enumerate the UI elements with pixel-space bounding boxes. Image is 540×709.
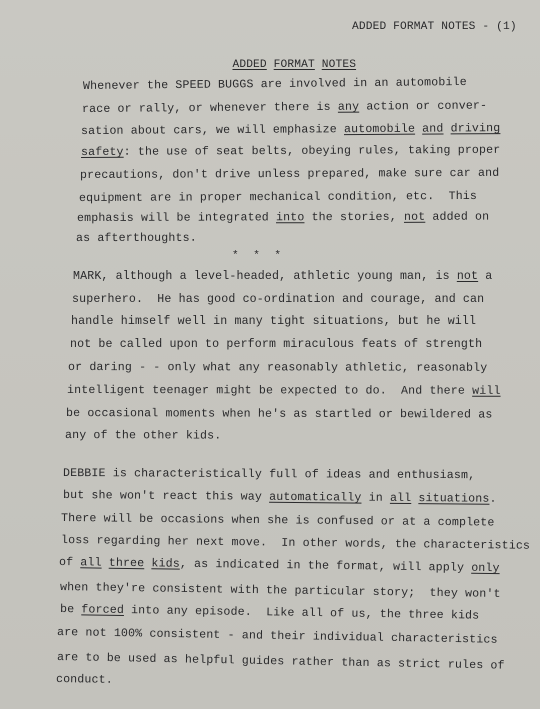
text-run: emphasis will be integrated <box>77 211 276 225</box>
text-run: Whenever the SPEED BUGGS are involved in… <box>83 76 467 93</box>
text-line: Whenever the SPEED BUGGS are involved in… <box>83 76 467 94</box>
text-run: the stories, <box>304 211 404 224</box>
text-run: as afterthoughts. <box>76 232 197 245</box>
text-run: but she won't react this way <box>63 489 269 504</box>
text-line: are to be used as helpful guides rather … <box>57 651 505 674</box>
text-run: be occasional moments when he's as start… <box>66 407 492 421</box>
text-run: precautions, don't drive unless prepared… <box>80 167 499 182</box>
text-run: : the use of seat belts, obeying rules, … <box>124 144 501 159</box>
text-line: safety: the use of seat belts, obeying r… <box>81 144 500 160</box>
title-word: FORMAT <box>274 59 315 71</box>
text-run <box>443 122 450 135</box>
text-line: race or rally, or whenever there is any … <box>82 99 487 117</box>
title-word: ADDED <box>232 59 266 71</box>
text-run: loss regarding her next move. In other w… <box>61 534 530 553</box>
text-line: emphasis will be integrated into the sto… <box>77 211 489 226</box>
text-run: when they're consistent with the particu… <box>60 581 501 601</box>
text-line: or daring - - only what any reasonably a… <box>68 361 487 376</box>
title-word: NOTES <box>322 59 356 71</box>
text-line: are not 100% consistent - and their indi… <box>57 626 498 648</box>
underlined-word: all <box>390 492 411 505</box>
text-run: in <box>361 492 390 505</box>
text-line: be forced into any episode. Like all of … <box>60 603 480 624</box>
text-run: be <box>60 603 82 616</box>
text-line: of all three kids, as indicated in the f… <box>59 556 500 576</box>
underlined-word: only <box>471 562 500 575</box>
text-run: . <box>489 493 496 506</box>
text-run: , as indicated in the format, will apply <box>180 558 472 575</box>
underlined-word: automatically <box>269 491 362 505</box>
underlined-word: forced <box>81 603 124 617</box>
text-line: handle himself well in many tight situat… <box>71 315 476 329</box>
underlined-word: into <box>276 211 304 224</box>
text-run: not be called upon to perform miraculous… <box>70 338 482 351</box>
typewritten-page: ADDED FORMAT NOTES - (1) ADDED FORMAT NO… <box>0 0 540 709</box>
text-line: as afterthoughts. <box>76 232 197 246</box>
text-line: not be called upon to perform miraculous… <box>70 338 482 352</box>
text-line: loss regarding her next move. In other w… <box>61 534 530 554</box>
text-line: equipment are in proper mechanical condi… <box>79 190 477 206</box>
underlined-word: any <box>338 101 359 114</box>
text-run: are to be used as helpful guides rather … <box>57 651 505 673</box>
section-separator: * * * <box>232 249 285 263</box>
text-line: any of the other kids. <box>65 429 221 444</box>
text-line: conduct. <box>56 673 113 688</box>
text-line: but she won't react this way automatical… <box>63 489 497 507</box>
underlined-word: safety <box>81 146 124 159</box>
underlined-word: automobile <box>344 123 415 136</box>
text-line: There will be occasions when she is conf… <box>61 512 495 531</box>
text-run: race or rally, or whenever there is <box>82 101 338 116</box>
underlined-word: kids <box>151 557 180 570</box>
text-line: when they're consistent with the particu… <box>60 581 501 602</box>
text-run: There will be occasions when she is conf… <box>61 512 495 530</box>
text-run: equipment are in proper mechanical condi… <box>79 190 477 205</box>
text-line: be occasional moments when he's as start… <box>66 407 492 422</box>
text-run: MARK, although a level-headed, athletic … <box>73 270 457 283</box>
underlined-word: three <box>109 557 145 570</box>
text-run: conduct. <box>56 673 113 687</box>
underlined-word: all <box>80 556 102 569</box>
text-line: MARK, although a level-headed, athletic … <box>73 270 492 284</box>
underlined-word: driving <box>451 122 501 135</box>
text-run: or daring - - only what any reasonably a… <box>68 361 487 375</box>
text-run: DEBBIE is characteristically full of ide… <box>63 467 475 482</box>
text-run: are not 100% consistent - and their indi… <box>57 626 498 647</box>
underlined-word: and <box>422 122 443 135</box>
text-run: a <box>478 270 492 283</box>
text-line: superhero. He has good co-ordination and… <box>72 293 484 307</box>
text-run: sation about cars, we will emphasize <box>81 123 344 138</box>
underlined-word: not <box>404 211 425 224</box>
text-run: handle himself well in many tight situat… <box>71 315 476 328</box>
text-run: of <box>59 556 81 569</box>
text-line: sation about cars, we will emphasize aut… <box>81 122 500 139</box>
text-line: precautions, don't drive unless prepared… <box>80 167 499 183</box>
text-run: into any episode. Like all of us, the th… <box>124 604 480 623</box>
text-run: any of the other kids. <box>65 429 221 443</box>
underlined-word: will <box>472 385 500 398</box>
text-line: intelligent teenager might be expected t… <box>67 384 501 399</box>
text-run: superhero. He has good co-ordination and… <box>72 293 484 306</box>
text-line: DEBBIE is characteristically full of ide… <box>63 467 475 483</box>
underlined-word: situations <box>418 492 489 506</box>
text-run: intelligent teenager might be expected t… <box>67 384 472 398</box>
underlined-word: not <box>457 270 478 283</box>
text-run: action or conver- <box>359 99 487 113</box>
running-header: ADDED FORMAT NOTES - (1) <box>352 20 517 34</box>
text-run: added on <box>425 211 489 224</box>
